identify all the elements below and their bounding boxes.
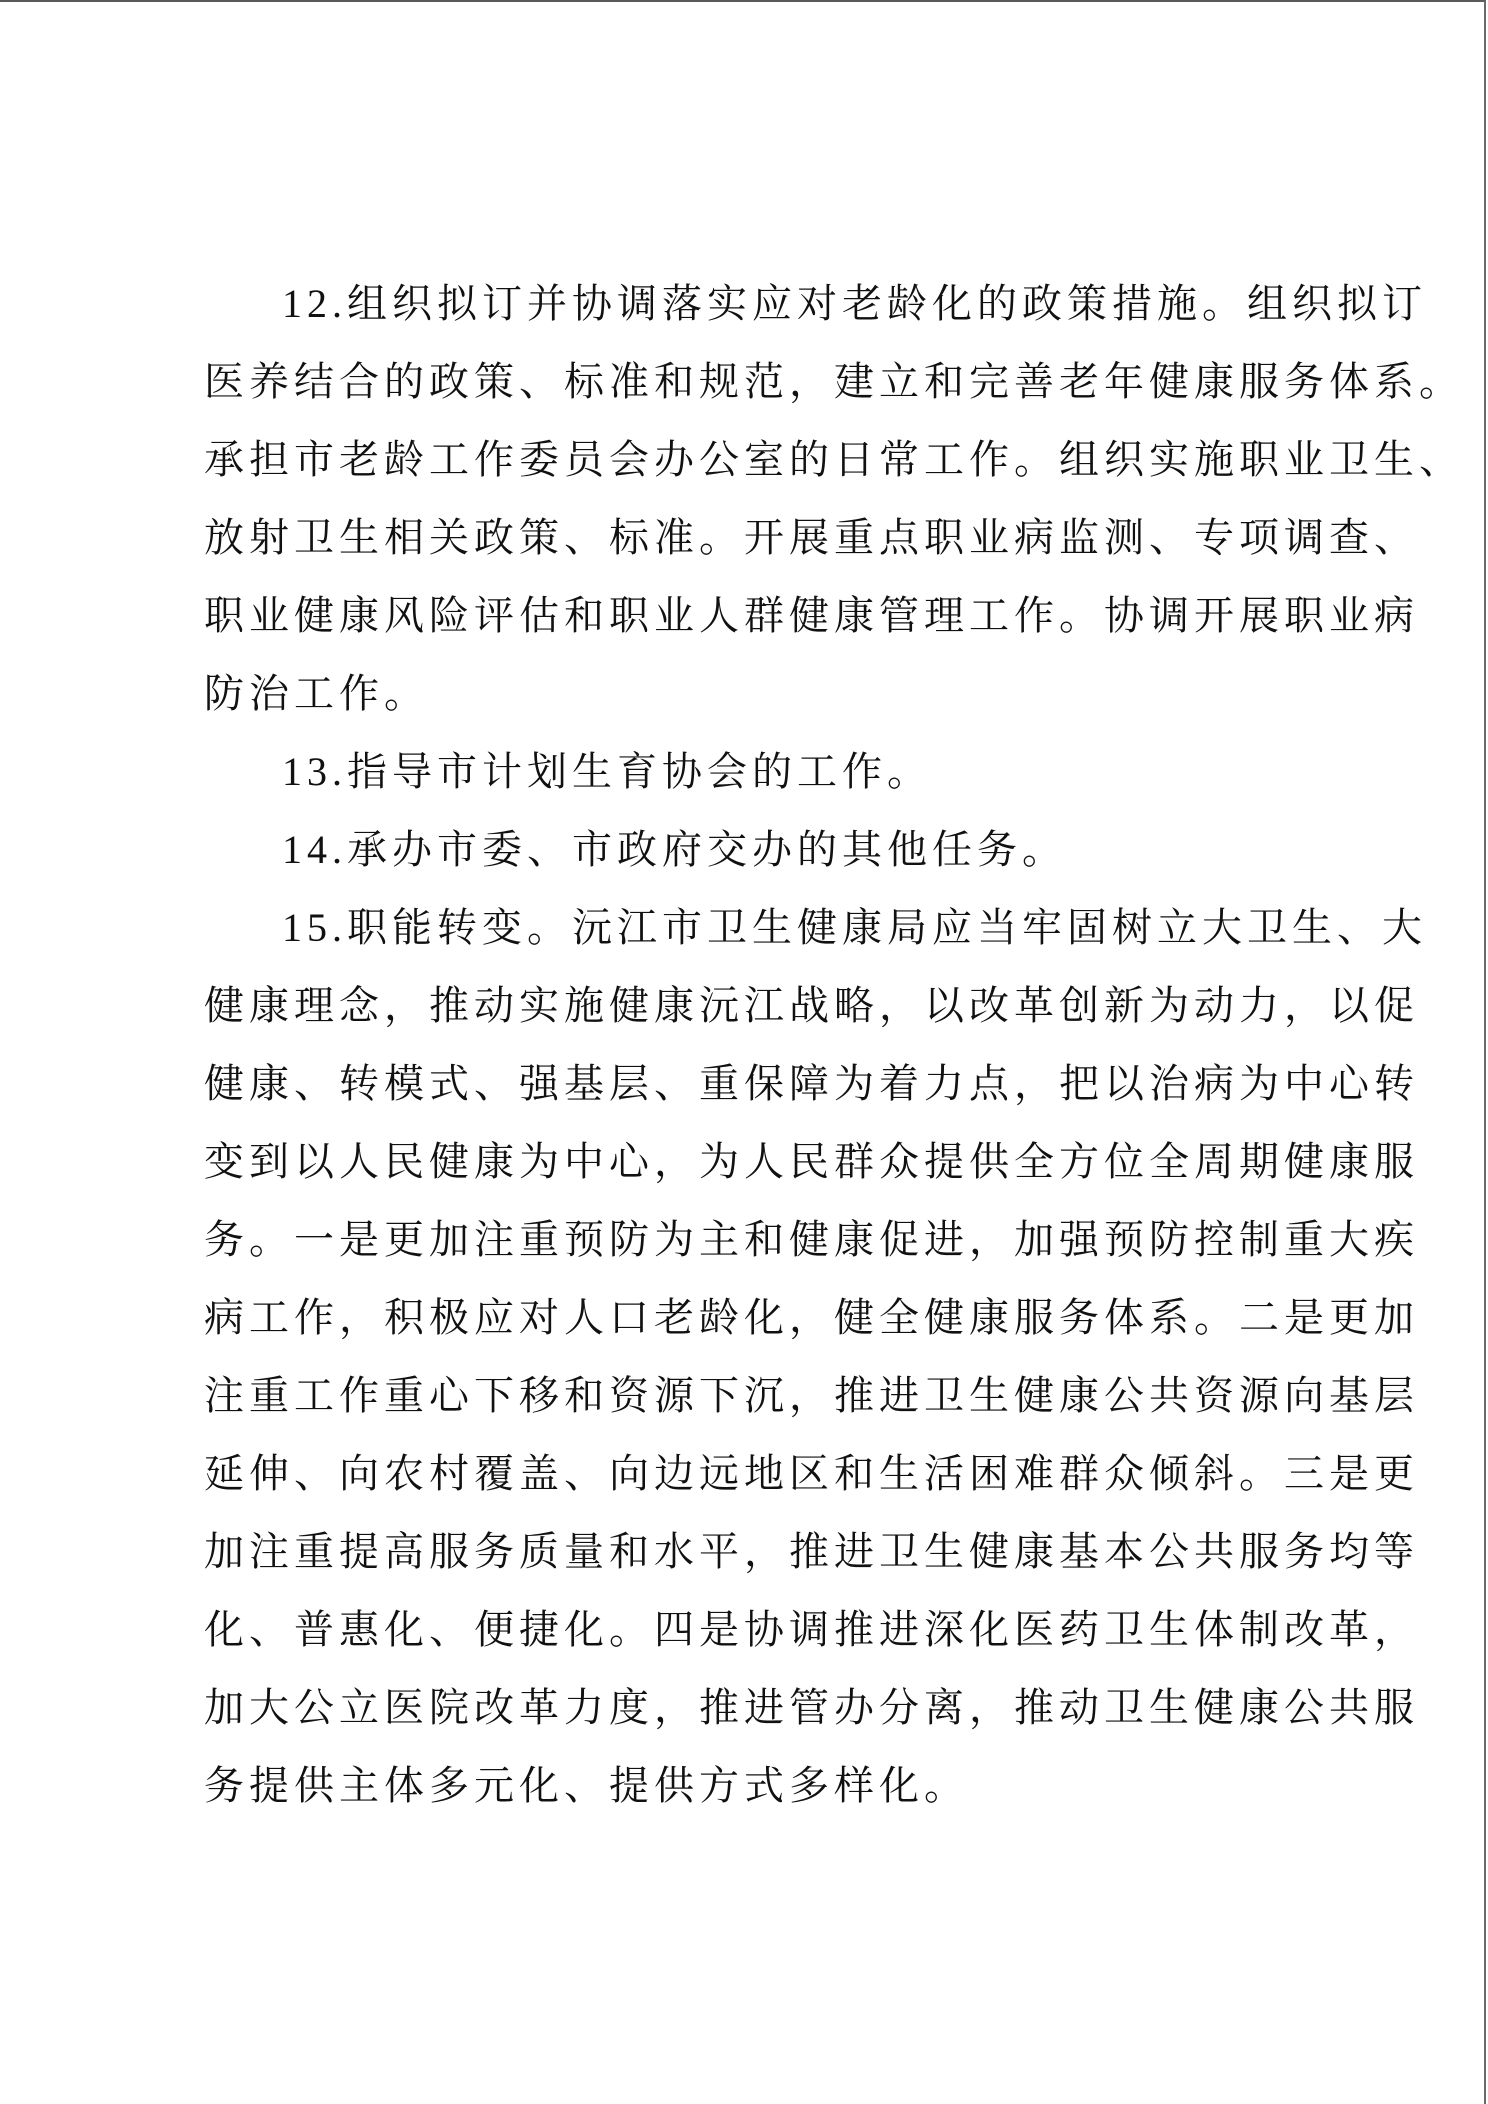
text-line: 务提供主体多元化、提供方式多样化。: [204, 1762, 1294, 1840]
text-line: 注重工作重心下移和资源下沉，推进卫生健康公共资源向基层: [204, 1372, 1294, 1450]
paragraph-14: 14.承办市委、市政府交办的其他任务。: [204, 826, 1294, 904]
paragraph-15: 15.职能转变。沅江市卫生健康局应当牢固树立大卫生、大 健康理念，推动实施健康沅…: [204, 904, 1294, 1840]
text-line: 变到以人民健康为中心，为人民群众提供全方位全周期健康服: [204, 1138, 1294, 1216]
text-line: 13.指导市计划生育协会的工作。: [204, 748, 1294, 826]
text-line: 务。一是更加注重预防为主和健康促进，加强预防控制重大疾: [204, 1216, 1294, 1294]
text-line: 加注重提高服务质量和水平，推进卫生健康基本公共服务均等: [204, 1528, 1294, 1606]
document-page: 12.组织拟订并协调落实应对老龄化的政策措施。组织拟订 医养结合的政策、标准和规…: [0, 0, 1486, 2104]
text-line: 加大公立医院改革力度，推进管办分离，推动卫生健康公共服: [204, 1684, 1294, 1762]
text-line: 化、普惠化、便捷化。四是协调推进深化医药卫生体制改革，: [204, 1606, 1294, 1684]
text-line: 病工作，积极应对人口老龄化，健全健康服务体系。二是更加: [204, 1294, 1294, 1372]
text-line: 承担市老龄工作委员会办公室的日常工作。组织实施职业卫生、: [204, 436, 1294, 514]
text-line: 健康理念，推动实施健康沅江战略，以改革创新为动力，以促: [204, 982, 1294, 1060]
text-line: 12.组织拟订并协调落实应对老龄化的政策措施。组织拟订: [204, 280, 1294, 358]
text-line: 14.承办市委、市政府交办的其他任务。: [204, 826, 1294, 904]
paragraph-12: 12.组织拟订并协调落实应对老龄化的政策措施。组织拟订 医养结合的政策、标准和规…: [204, 280, 1294, 748]
text-line: 15.职能转变。沅江市卫生健康局应当牢固树立大卫生、大: [204, 904, 1294, 982]
text-line: 医养结合的政策、标准和规范，建立和完善老年健康服务体系。: [204, 358, 1294, 436]
text-line: 职业健康风险评估和职业人群健康管理工作。协调开展职业病: [204, 592, 1294, 670]
paragraph-13: 13.指导市计划生育协会的工作。: [204, 748, 1294, 826]
text-line: 延伸、向农村覆盖、向边远地区和生活困难群众倾斜。三是更: [204, 1450, 1294, 1528]
text-line: 放射卫生相关政策、标准。开展重点职业病监测、专项调查、: [204, 514, 1294, 592]
text-line: 健康、转模式、强基层、重保障为着力点，把以治病为中心转: [204, 1060, 1294, 1138]
document-body: 12.组织拟订并协调落实应对老龄化的政策措施。组织拟订 医养结合的政策、标准和规…: [204, 280, 1294, 1840]
text-line: 防治工作。: [204, 670, 1294, 748]
